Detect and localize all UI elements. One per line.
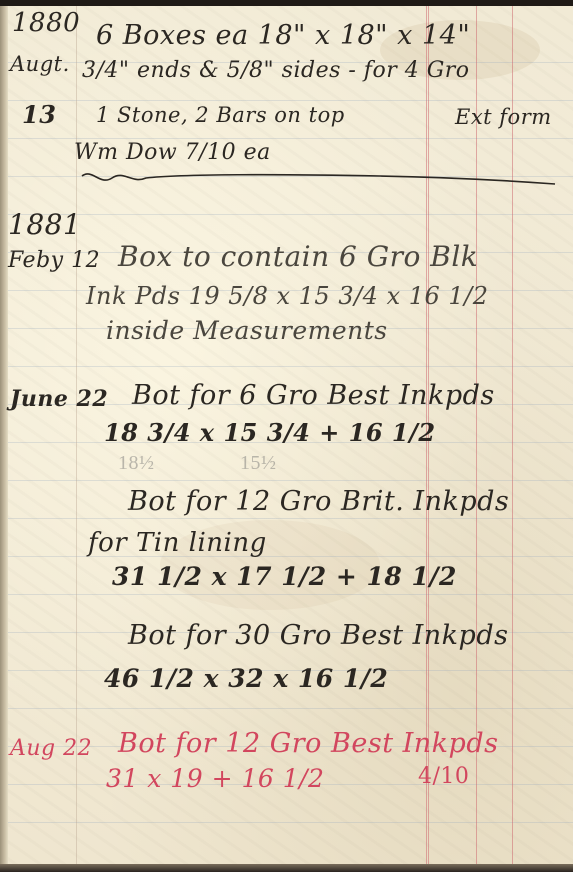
entry-year: 1881: [8, 208, 81, 241]
money-column-rule: [512, 6, 513, 864]
entry-line: for Tin lining: [88, 528, 267, 558]
pencil-note: 18½: [118, 452, 155, 475]
ruled-line: [8, 100, 573, 101]
entry-line: Box to contain 6 Gro Blk: [118, 240, 478, 273]
entry-line: inside Measurements: [106, 316, 388, 345]
entry-line: Wm Dow 7/10 ea: [74, 140, 271, 165]
entry-line: Bot for 12 Gro Best Inkpds: [118, 728, 498, 759]
entry-line: 3/4" ends & 5/8" sides - for 4 Gro: [82, 58, 470, 83]
entry-line: 31 1/2 x 17 1/2 + 18 1/2: [112, 562, 457, 591]
entry-line: 6 Boxes ea 18" x 18" x 14": [96, 20, 470, 51]
ruled-line: [8, 214, 573, 215]
entry-line: Bot for 30 Gro Best Inkpds: [128, 620, 508, 651]
entry-line: 1 Stone, 2 Bars on top: [96, 103, 345, 127]
ruled-line: [8, 138, 573, 139]
entry-price: 4/10: [418, 764, 469, 789]
ruled-line: [8, 518, 573, 519]
entry-date: June 22: [10, 386, 108, 412]
page-bottom-edge: [0, 864, 573, 872]
ruled-line: [8, 366, 573, 367]
ruled-line: [8, 708, 573, 709]
entry-line: 46 1/2 x 32 x 16 1/2: [104, 664, 388, 693]
entry-separator-squiggle: [80, 164, 560, 190]
entry-date-day: 13: [22, 100, 56, 129]
ruled-line: [8, 480, 573, 481]
page-top-edge: [0, 0, 573, 6]
ruled-line: [8, 594, 573, 595]
binding-spine: [0, 6, 8, 864]
entry-line: Bot for 12 Gro Brit. Inkpds: [128, 486, 509, 517]
entry-line: 31 x 19 + 16 1/2: [106, 764, 324, 793]
entry-line: 18 3/4 x 15 3/4 + 16 1/2: [104, 418, 436, 447]
entry-line: Bot for 6 Gro Best Inkpds: [132, 380, 495, 411]
entry-year: 1880: [12, 8, 80, 38]
entry-date: Aug 22: [10, 736, 92, 761]
ruled-line: [8, 822, 573, 823]
entry-date-month: Augt.: [10, 52, 70, 76]
entry-line: Ink Pds 19 5/8 x 15 3/4 x 16 1/2: [86, 282, 489, 310]
pencil-note: 15½: [240, 452, 277, 475]
margin-note: Ext form: [455, 105, 552, 129]
ledger-page: 1880 Augt. 13 6 Boxes ea 18" x 18" x 14"…: [0, 0, 573, 872]
entry-date-month: Feby 12: [8, 248, 100, 273]
